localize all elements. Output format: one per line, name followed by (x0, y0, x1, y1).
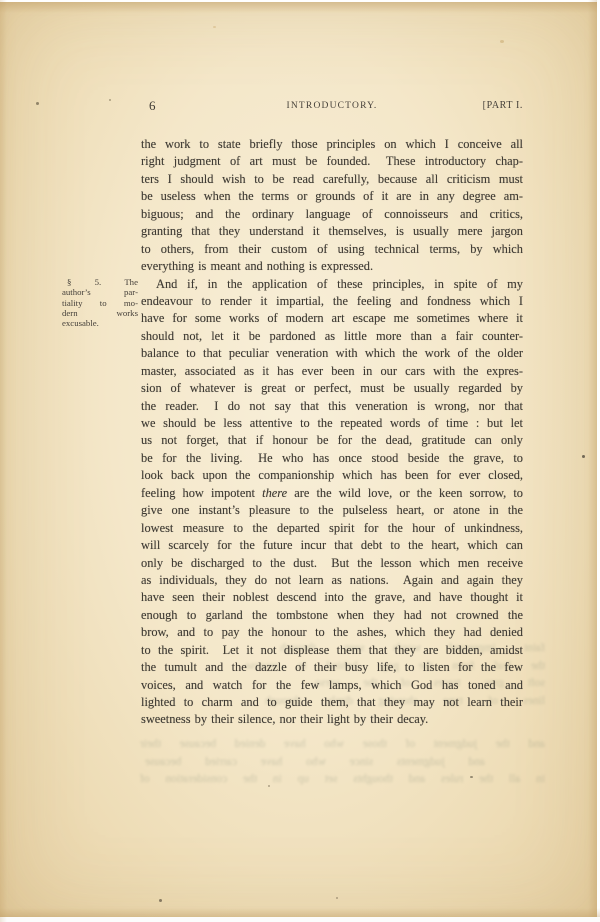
text-line: we should be less attentive to the repea… (141, 415, 523, 432)
paragraph-1: the work to state briefly those principl… (141, 136, 523, 276)
paper-speck (109, 99, 111, 101)
text-line: to the spirit. Let it not displease them… (141, 642, 523, 659)
sidenote-line: dern works (62, 308, 138, 318)
scan-shadow-top (0, 2, 600, 13)
scan-shadow-left (0, 0, 7, 922)
text-line: as individuals, they do not learn as nat… (141, 572, 523, 589)
text-line: only be discharged to the dust. But the … (141, 555, 523, 572)
text-line: give one instant’s pleasure to the pulse… (141, 502, 523, 519)
text-line: feeling how impotent there are the wild … (141, 485, 523, 502)
text-line: everything is meant and nothing is expre… (141, 258, 523, 275)
text-line: the work to state briefly those principl… (141, 136, 523, 153)
paper-stain (213, 26, 216, 28)
text-line: sweetness by their silence, nor their li… (141, 711, 523, 728)
text-line: the tumult and the dazzle of their busy … (141, 659, 523, 676)
page-header: 6 INTRODUCTORY. [PART I. (141, 98, 523, 118)
scan-shadow-bottom (0, 908, 600, 917)
ghost-line: in all the rules and thoughts set up in … (140, 771, 545, 789)
paper-stain (500, 40, 504, 43)
paper-speck (36, 102, 39, 105)
text-line: sion of whatever is great or perfect, mu… (141, 380, 523, 397)
book-page: 6 INTRODUCTORY. [PART I. faint impressed… (0, 0, 600, 922)
running-title: INTRODUCTORY. (141, 101, 523, 111)
paper-speck (336, 897, 338, 899)
sidenote-line: excusable. (62, 318, 138, 328)
sidenote-line: author’s par- (62, 287, 138, 297)
text-line: right judgment of art must be founded. T… (141, 153, 523, 170)
text-line: will scarcely for the future incur that … (141, 537, 523, 554)
text-line: be for the living. He who has once stood… (141, 450, 523, 467)
text-line: balance to that peculiar veneration with… (141, 345, 523, 362)
text-line: lighted to charm and to guide them, that… (141, 694, 523, 711)
text-line: brow, and to pay the honour to the ashes… (141, 624, 523, 641)
text-line: lowest measure to the departed spirit fo… (141, 520, 523, 537)
paragraph-2: And if, in the application of these prin… (141, 276, 523, 729)
text-line: granting that they understand it themsel… (141, 223, 523, 240)
text-line: have for some works of modern art escape… (141, 310, 523, 327)
sidenote-line: § 5. The (62, 277, 138, 287)
text-line: to others, from their custom of using te… (141, 241, 523, 258)
text-line: have seen their noblest descend into the… (141, 589, 523, 606)
text-line: endeavour to render it impartial, the fe… (141, 293, 523, 310)
text-line: be useless when the terms or grounds of … (141, 188, 523, 205)
ghost-line: and judgments since who have carried bec… (145, 754, 485, 772)
paper-speck (582, 455, 585, 458)
paper-speck (159, 899, 162, 902)
text-line: enough to garland the tombstone when the… (141, 607, 523, 624)
text-line: And if, in the application of these prin… (141, 276, 523, 293)
text-line: voices, and watch for the few lamps, whi… (141, 677, 523, 694)
text-line: us not forget, that if honour be for the… (141, 432, 523, 449)
text-line: look back upon the companionship which h… (141, 467, 523, 484)
text-line: biguous; and the ordinary language of co… (141, 206, 523, 223)
sidenote-line: tiality to mo- (62, 298, 138, 308)
text-line: ters I should wish to be read carefully,… (141, 171, 523, 188)
scan-edge-bottom (0, 917, 600, 922)
scan-shadow-right (588, 0, 597, 922)
scan-edge-top (0, 0, 600, 2)
text-line: master, associated as it has ever been i… (141, 363, 523, 380)
ghost-line: and the judgment of those who have denie… (140, 736, 545, 754)
text-line: should not, let it be pardoned as little… (141, 328, 523, 345)
section-sidenote: § 5. Theauthor’s par-tiality to mo-dern … (62, 277, 138, 328)
part-label: [PART I. (483, 100, 523, 111)
text-line: the reader. I do not say that this vener… (141, 398, 523, 415)
body-text: the work to state briefly those principl… (141, 136, 523, 729)
